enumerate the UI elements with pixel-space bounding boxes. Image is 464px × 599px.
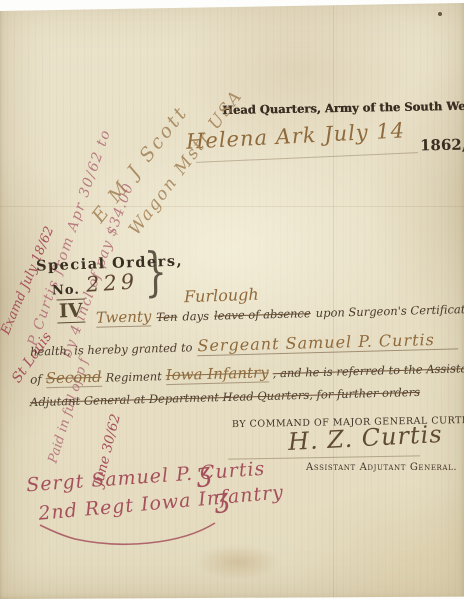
printed-of-word: of [30,372,42,386]
order-no-label: No. [52,283,80,299]
dateline-underline [196,152,418,163]
fill-unit-name: Iowa Infantry [166,363,269,385]
document-paper: Head Quarters, Army of the South West, H… [0,0,464,599]
struck-printed-ten: Ten [156,310,177,325]
printed-regiment-word: Regiment [105,369,162,384]
struck-adjutant-clause: Adjutant General at Department Head Quar… [30,385,420,409]
printed-brace: } [143,240,167,302]
printed-upon-clause: upon Surgeon's Certificate of ill [316,301,464,320]
fill-regiment-number: Second [45,368,101,388]
printed-health-clause: health, is hereby granted to [30,340,193,358]
fill-days-number: Twenty [96,307,152,327]
fill-soldier-name: Sergeant Samuel P. Curtis [197,330,435,355]
fold-crease-horizontal [0,206,464,207]
scanned-document: Head Quarters, Army of the South West, H… [0,0,464,599]
printed-days-word: days [182,309,209,324]
struck-leave-of-absence: leave of absence [214,306,311,323]
struck-referred-clause: , and he is referred to the Assistant [273,361,464,380]
order-number: 229 [85,269,139,297]
dateline-year: 1862, [420,136,464,155]
signature-title: Assistant Adjutant General. [306,462,457,473]
fold-crease-vertical [333,0,334,599]
paragraph-numeral: IV [57,299,85,324]
letterhead-title: Head Quarters, Army of the South West, [222,99,462,117]
docket-underline-swoosh [30,515,220,551]
furlough-amendment: Furlough [184,285,259,307]
ink-speck [438,12,442,16]
